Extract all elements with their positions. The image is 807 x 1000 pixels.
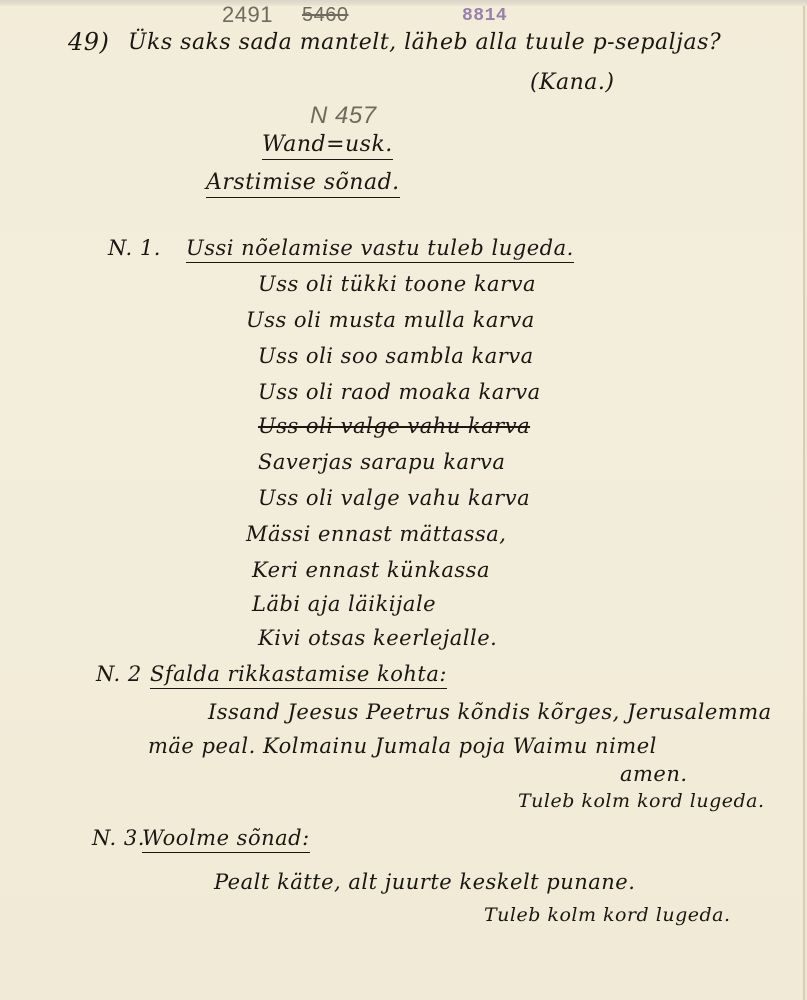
section-2-heading: Sfalda rikkastamise kohta: [150, 662, 447, 689]
verse-line: Uss oli musta mulla karva [246, 308, 535, 332]
verse-line: Uss oli tükki toone karva [258, 272, 536, 296]
section-3-heading: Woolme sõnad: [142, 826, 310, 853]
verse-line: Pealt kätte, alt juurte keskelt punane. [214, 870, 635, 894]
verse-line: amen. [620, 762, 688, 786]
verse-line: Läbi aja läikijale [252, 592, 436, 616]
verse-line: Uss oli raod moaka karva [258, 380, 541, 404]
verse-line: Saverjas sarapu karva [258, 450, 505, 474]
riddle-answer: (Kana.) [530, 70, 615, 95]
section-2-number: N. 2 [96, 662, 142, 686]
section-3-note: Tuleb kolm kord lugeda. [484, 904, 731, 926]
archive-crossed-number: 5460 [302, 4, 349, 27]
riddle-text: Üks saks sada mantelt, läheb alla tuule … [128, 30, 721, 55]
archive-pencil-number: 2491 [222, 2, 273, 28]
riddle-number: 49) [68, 28, 109, 56]
verse-line: Kivi otsas keerlejalle. [258, 626, 497, 650]
page-edge-shadow [0, 0, 807, 6]
archive-stamp: 8814 [462, 6, 507, 26]
verse-line: Uss oli soo sambla karva [258, 344, 534, 368]
document-subtitle: Arstimise sõnad. [206, 170, 400, 198]
section-2-note: Tuleb kolm kord lugeda. [518, 790, 765, 812]
verse-line: Issand Jeesus Peetrus kõndis kõrges, Jer… [208, 700, 772, 724]
verse-line: Mässi ennast mättassa, [246, 522, 506, 546]
section-3-number: N. 3. [92, 826, 145, 850]
verse-line: Keri ennast künkassa [252, 558, 490, 582]
document-title: Wand=usk. [262, 132, 393, 160]
verse-line: Uss oli valge vahu karva [258, 486, 530, 510]
section-1-heading: Ussi nõelamise vastu tuleb lugeda. [186, 236, 574, 263]
verse-line: mäe peal. Kolmainu Jumala poja Waimu nim… [148, 734, 657, 758]
item-number: N 457 [310, 102, 377, 130]
verse-line-struck: Uss oli valge vahu karva [258, 414, 530, 438]
section-1-number: N. 1. [108, 236, 161, 260]
